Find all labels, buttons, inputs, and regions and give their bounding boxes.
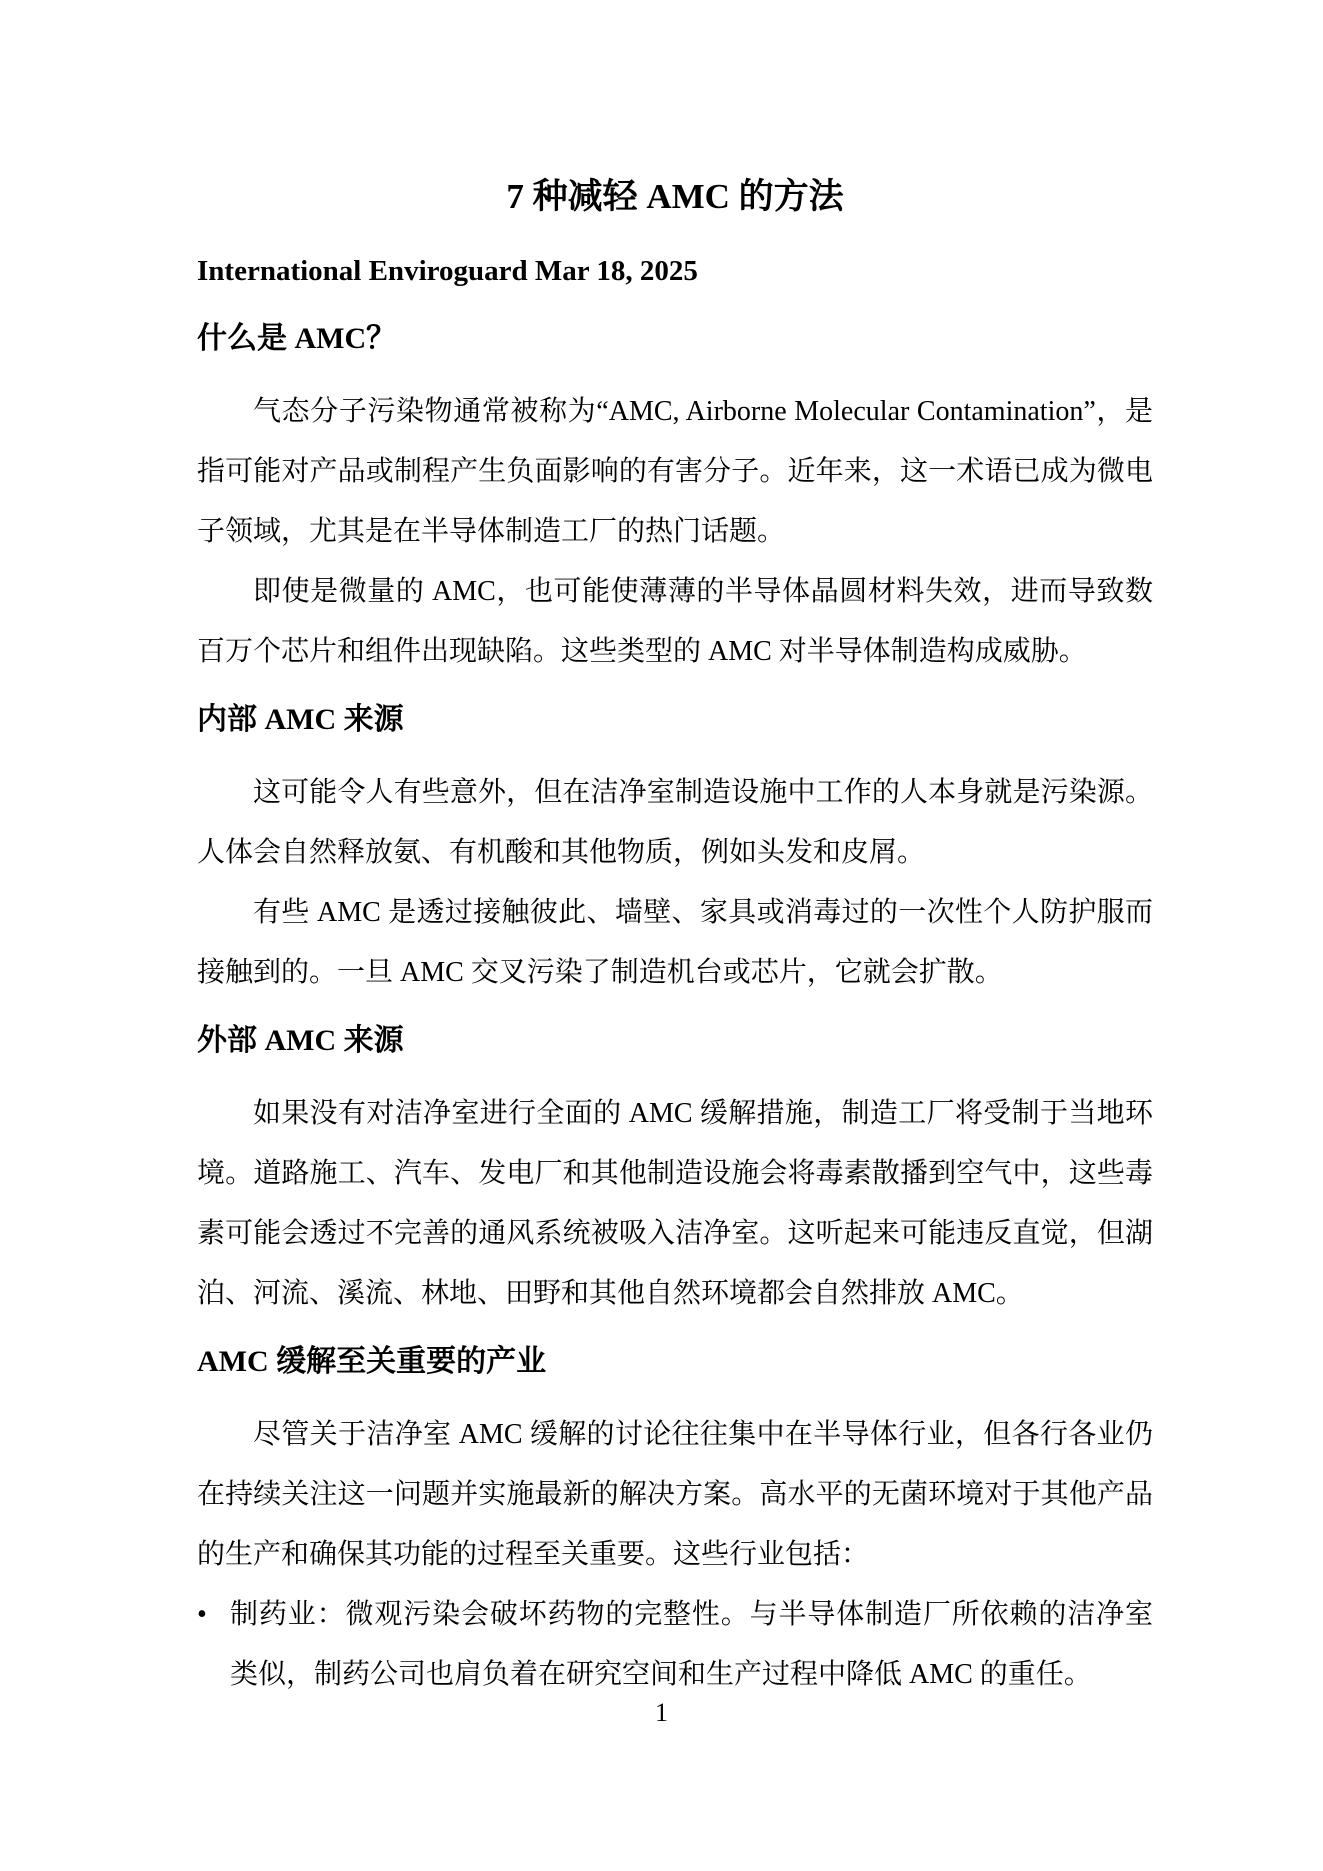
section-heading-internal-amc-sources: 内部 AMC 来源 bbox=[197, 690, 1153, 750]
paragraph: 有些 AMC 是透过接触彼此、墙壁、家具或消毒过的一次性个人防护服而接触到的。一… bbox=[197, 883, 1153, 1003]
paragraph: 这可能令人有些意外，但在洁净室制造设施中工作的人本身就是污染源。人体会自然释放氨… bbox=[197, 763, 1153, 883]
paragraph: 如果没有对洁净室进行全面的 AMC 缓解措施，制造工厂将受制于当地环境。道路施工… bbox=[197, 1084, 1153, 1324]
bullet-icon: • bbox=[197, 1585, 230, 1705]
section-heading-what-is-amc: 什么是 AMC？ bbox=[197, 309, 1153, 369]
paragraph: 尽管关于洁净室 AMC 缓解的讨论往往集中在半导体行业，但各行各业仍在持续关注这… bbox=[197, 1405, 1153, 1585]
section-heading-industries: AMC 缓解至关重要的产业 bbox=[197, 1332, 1153, 1392]
page-number: 1 bbox=[0, 1698, 1323, 1728]
paragraph: 即使是微量的 AMC，也可能使薄薄的半导体晶圆材料失效，进而导致数百万个芯片和组… bbox=[197, 562, 1153, 682]
list-item-pharma: • 制药业：微观污染会破坏药物的完整性。与半导体制造厂所依赖的洁净室类似，制药公… bbox=[197, 1585, 1153, 1705]
paragraph: 气态分子污染物通常被称为“AMC, Airborne Molecular Con… bbox=[197, 382, 1153, 562]
list-item-text: 制药业：微观污染会破坏药物的完整性。与半导体制造厂所依赖的洁净室类似，制药公司也… bbox=[230, 1585, 1153, 1705]
page-title: 7 种减轻 AMC 的方法 bbox=[197, 166, 1153, 228]
document-content: 7 种减轻 AMC 的方法 International Enviroguard … bbox=[197, 166, 1153, 1705]
document-page: 7 种减轻 AMC 的方法 International Enviroguard … bbox=[0, 0, 1323, 1871]
section-heading-external-amc-sources: 外部 AMC 来源 bbox=[197, 1011, 1153, 1071]
byline: International Enviroguard Mar 18, 2025 bbox=[197, 241, 1153, 301]
